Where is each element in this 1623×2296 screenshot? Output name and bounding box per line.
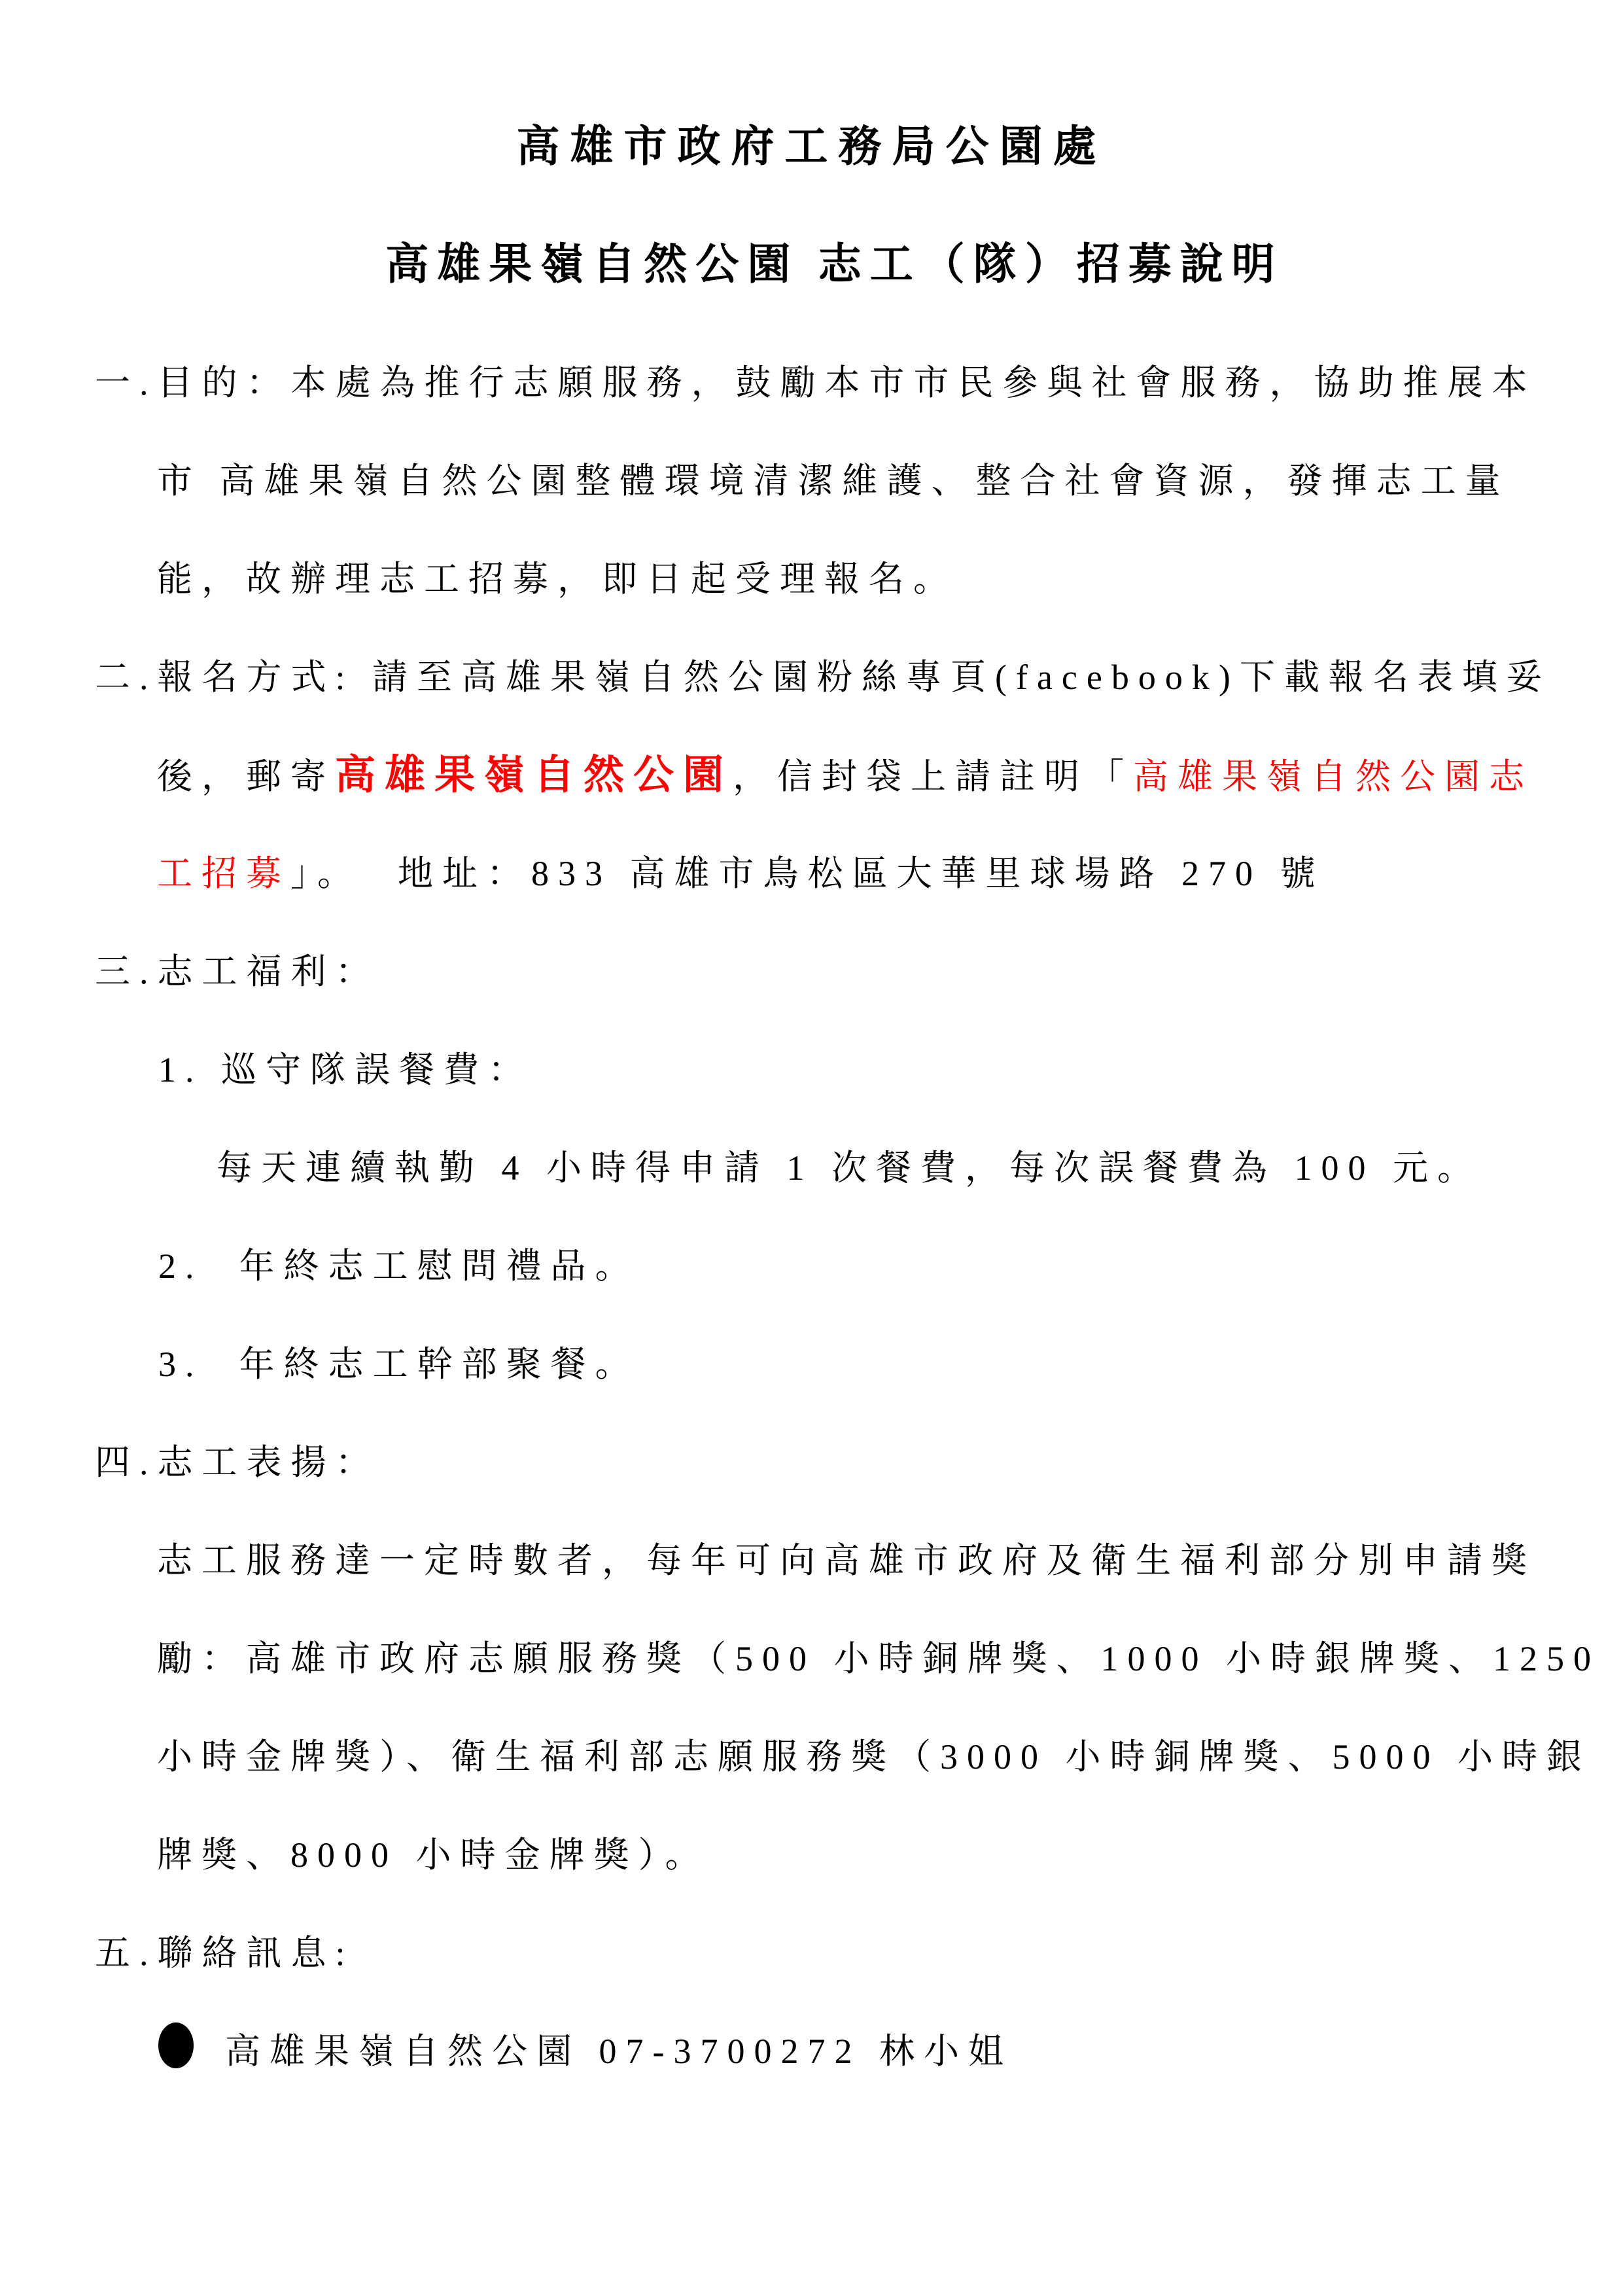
registration-line-2-black-1: 後，郵寄	[157, 757, 335, 796]
document-page: 高雄市政府工務局公園處 高雄果嶺自然公園 志工（隊）招募說明 一.目的：本處為推…	[0, 0, 1623, 2296]
document-header: 高雄市政府工務局公園處 高雄果嶺自然公園 志工（隊）招募說明	[0, 0, 1623, 314]
recognition-heading: 四.志工表揚：	[0, 1413, 1623, 1511]
registration-envelope-note-red-cont: 工招募	[157, 854, 290, 893]
benefits-item-2: 2. 年終志工慰問禮品。	[0, 1217, 1623, 1315]
bullet-icon	[158, 2022, 194, 2068]
title-line-1: 高雄市政府工務局公園處	[0, 98, 1623, 196]
purpose-line-3: 能，故辦理志工招募，即日起受理報名。	[0, 530, 1623, 628]
registration-line-1: 二.報名方式: 請至高雄果嶺自然公園粉絲專頁(facebook)下載報名表填妥	[0, 628, 1623, 726]
benefits-item-3: 3. 年終志工幹部聚餐。	[0, 1315, 1623, 1413]
registration-line-3: 工招募」。 地址：833 高雄市鳥松區大華里球場路 270 號	[0, 824, 1623, 923]
benefits-item-1: 1. 巡守隊誤餐費：	[0, 1021, 1623, 1119]
registration-line-2: 後，郵寄高雄果嶺自然公園，信封袋上請註明「高雄果嶺自然公園志	[0, 726, 1623, 824]
registration-park-name-highlight: 高雄果嶺自然公園	[335, 753, 733, 798]
recognition-line-2: 勵：高雄市政府志願服務獎（500 小時銅牌獎、1000 小時銀牌獎、1250	[0, 1610, 1623, 1708]
benefits-heading: 三.志工福利：	[0, 923, 1623, 1021]
purpose-line-1: 一.目的：本處為推行志願服務，鼓勵本市市民參與社會服務，協助推展本	[0, 334, 1623, 432]
recognition-line-3: 小時金牌獎）、衛生福利部志願服務獎（3000 小時銅牌獎、5000 小時銀	[0, 1708, 1623, 1806]
benefits-item-1-detail: 每天連續執勤 4 小時得申請 1 次餐費，每次誤餐費為 100 元。	[0, 1119, 1623, 1217]
contact-heading: 五.聯絡訊息:	[0, 1904, 1623, 2002]
registration-address: 」。 地址：833 高雄市鳥松區大華里球場路 270 號	[290, 854, 1325, 893]
contact-entry: 高雄果嶺自然公園 07-3700272 林小姐	[225, 2032, 1013, 2071]
registration-envelope-note-red: 高雄果嶺自然公園志	[1133, 757, 1533, 796]
document-body: 一.目的：本處為推行志願服務，鼓勵本市市民參與社會服務，協助推展本 市 高雄果嶺…	[0, 334, 1623, 2100]
registration-line-2-black-2: ，信封袋上請註明「	[733, 757, 1133, 796]
purpose-line-2: 市 高雄果嶺自然公園整體環境清潔維護、整合社會資源，發揮志工量	[0, 432, 1623, 530]
title-line-2: 高雄果嶺自然公園 志工（隊）招募說明	[0, 216, 1623, 314]
recognition-line-1: 志工服務達一定時數者，每年可向高雄市政府及衛生福利部分別申請獎	[0, 1511, 1623, 1610]
recognition-line-4: 牌獎、8000 小時金牌獎）。	[0, 1806, 1623, 1904]
contact-line: 高雄果嶺自然公園 07-3700272 林小姐	[0, 2002, 1623, 2100]
